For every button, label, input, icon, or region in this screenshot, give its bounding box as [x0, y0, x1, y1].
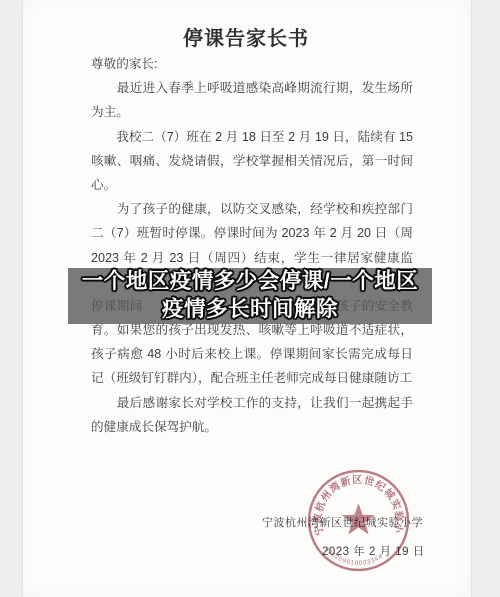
notice-line: 2023 年 2 月 23 日（周四）结束，学生一律居家健康监测。2023 年: [91, 246, 413, 270]
notice-line: 我校二（7）班在 2 月 18 日至 2 月 19 日，陆续有 15 名学生因: [91, 125, 413, 149]
notice-body: 尊敬的家长: 最近进入春季上呼吸道感染高峰期流行期，发生场所以中小学校 为主。 …: [91, 52, 413, 439]
notice-line: 的健康成长保驾护航。: [91, 415, 413, 439]
notice-line: 二（7）班暂时停课。停课时间为 2023 年 2 月 20 日（周一）开始至: [91, 221, 413, 245]
notice-line: 尊敬的家长:: [91, 52, 413, 76]
notice-line: 心。: [91, 173, 413, 197]
notice-line: 咳嗽、咽痛、发烧请假，学校掌握相关情况后，第一时间上报疾控中: [91, 149, 413, 173]
notice-line: 最近进入春季上呼吸道感染高峰期流行期，发生场所以中小学校: [91, 76, 413, 100]
notice-line: 为主。: [91, 100, 413, 124]
notice-title: 停课告家长书: [22, 22, 470, 51]
notice-line: 孩子病愈 48 小时后来校上课。停课期间家长需完成每日学生体温登: [91, 342, 413, 366]
star-icon: [342, 503, 375, 534]
notice-line: 记（班级钉钉群内），配合班主任老师完成每日健康随访工作。: [91, 366, 413, 390]
caption-line-1: 一个地区疫情多少会停课/一个地区: [25, 268, 475, 296]
notice-line: 为了孩子的健康，以防交叉感染，经学校和疾控部门研究决定，: [91, 197, 413, 221]
caption-text: 一个地区疫情多少会停课/一个地区 疫情多长时间解除: [25, 268, 475, 323]
notice-line: 最后感谢家长对学校工作的支持，让我们一起携起手来，为孩子: [91, 391, 413, 415]
caption-line-2: 疫情多长时间解除: [25, 296, 475, 324]
school-seal-icon: 宁波杭州湾新区世纪城实验小学 330209810003344: [303, 465, 414, 576]
